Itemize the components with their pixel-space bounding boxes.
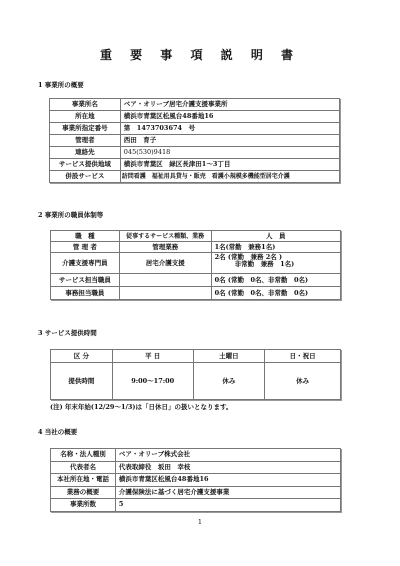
row-label: 業務の概要 (51, 486, 116, 499)
column-header: 人 員 (211, 231, 340, 242)
table-row: サービス担当職員 0名 (常勤 0名、非常勤 0名) (51, 274, 341, 287)
table-row: 所在地横浜市青葉区松風台48番地16 (50, 111, 340, 123)
row-value: 介護保険法に基づく居宅介護支援事業 (115, 486, 340, 499)
staff-cell: 2名 (常勤 兼務 2名 ) 非常勤 兼務 1名) (211, 253, 340, 274)
row-value: 045(530)9418 (120, 147, 339, 159)
staff-line-2: 非常勤 兼務 1名) (215, 261, 337, 268)
column-header: 区 分 (51, 350, 113, 363)
sunday-holiday-hours: 休み (265, 363, 341, 400)
row-label: 管理者 (50, 135, 121, 147)
table-row: 事務担当職員 0名 (常勤 0名、非常勤 0名) (51, 287, 341, 300)
weekday-hours: 9:00～17:00 (112, 363, 193, 400)
section-2-heading: 2 事業所の職員体制等 (38, 210, 103, 219)
row-label: 所在地 (50, 111, 121, 123)
column-header: 職 種 (51, 231, 120, 242)
table-row: 名称・法人種別ベア・オリーブ株式会社 (51, 449, 341, 462)
company-overview-table: 名称・法人種別ベア・オリーブ株式会社 代表者名代表取締役 坂田 幸枝 本社所在地… (50, 448, 341, 512)
row-value: 横浜市青葉区松風台48番地16 (115, 474, 340, 487)
row-label: 併設サービス (50, 171, 121, 183)
table-row: 事業所名ベア・オリーブ居宅介護支援事業所 (50, 99, 340, 111)
table-header-row: 職 種 従事するサービス種類、業務 人 員 (51, 231, 341, 242)
service-cell: 居宅介護支援 (119, 253, 211, 274)
role-cell: 管 理 者 (51, 242, 120, 253)
section-1-heading: 1 事業所の概要 (38, 80, 84, 89)
row-label: サービス提供地域 (50, 159, 121, 171)
row-value: 5 (115, 499, 340, 512)
row-value: 横浜市青葉区松風台48番地16 (120, 111, 339, 123)
role-cell: 介護支援専門員 (51, 253, 120, 274)
role-cell: 事務担当職員 (51, 287, 120, 300)
row-label: 名称・法人種別 (51, 449, 116, 462)
table-row: 提供時間 9:00～17:00 休み 休み (51, 363, 341, 400)
table-row: 連絡先045(530)9418 (50, 147, 340, 159)
column-header: 土曜日 (193, 350, 265, 363)
service-cell (119, 274, 211, 287)
holiday-note: (注) 年末年始(12/29～1/3)は「日休日」の扱いとなります。 (50, 402, 232, 411)
table-row: 管 理 者 管理業務 1名(常勤 兼務1名) (51, 242, 341, 253)
row-value: 西田 育子 (120, 135, 339, 147)
table-row: 業務の概要介護保険法に基づく居宅介護支援事業 (51, 486, 341, 499)
staff-cell: 0名 (常勤 0名、非常勤 0名) (211, 287, 340, 300)
row-label: 代表者名 (51, 461, 116, 474)
saturday-hours: 休み (193, 363, 265, 400)
row-value: 横浜市青葉区 緑区長津田1～3丁目 (120, 159, 339, 171)
table-row: 代表者名代表取締役 坂田 幸枝 (51, 461, 341, 474)
staff-structure-table: 職 種 従事するサービス種類、業務 人 員 管 理 者 管理業務 1名(常勤 兼… (50, 230, 341, 300)
row-value: 訪問看護 福祉用具貸与・販売 看護小規模多機能型居宅介護 (120, 171, 339, 183)
row-label: 本社所在地・電話 (51, 474, 116, 487)
row-label: 事業所名 (50, 99, 121, 111)
row-label: 事業所指定番号 (50, 123, 121, 135)
table-row: 事業所数5 (51, 499, 341, 512)
document-title: 重 要 事 項 説 明 書 (0, 46, 400, 63)
table-row: 管理者西田 育子 (50, 135, 340, 147)
table-row: 本社所在地・電話横浜市青葉区松風台48番地16 (51, 474, 341, 487)
table-row: 事業所指定番号第 1473703674 号 (50, 123, 340, 135)
row-label: 事業所数 (51, 499, 116, 512)
row-label: 連絡先 (50, 147, 121, 159)
section-4-heading: 4 当社の概要 (38, 427, 77, 436)
service-hours-table: 区 分 平 日 土曜日 日・祝日 提供時間 9:00～17:00 休み 休み (50, 349, 341, 400)
hours-label: 提供時間 (51, 363, 113, 400)
service-cell (119, 287, 211, 300)
staff-cell: 0名 (常勤 0名、非常勤 0名) (211, 274, 340, 287)
row-value: ベア・オリーブ株式会社 (115, 449, 340, 462)
office-overview-table: 事業所名ベア・オリーブ居宅介護支援事業所 所在地横浜市青葉区松風台48番地16 … (49, 98, 340, 183)
column-header: 平 日 (112, 350, 193, 363)
page-number: 1 (0, 518, 400, 526)
row-value: 代表取締役 坂田 幸枝 (115, 461, 340, 474)
staff-cell: 1名(常勤 兼務1名) (211, 242, 340, 253)
column-header: 従事するサービス種類、業務 (119, 231, 211, 242)
table-row: サービス提供地域横浜市青葉区 緑区長津田1～3丁目 (50, 159, 340, 171)
column-header: 日・祝日 (265, 350, 341, 363)
row-value: ベア・オリーブ居宅介護支援事業所 (120, 99, 339, 111)
row-value: 第 1473703674 号 (120, 123, 339, 135)
role-cell: サービス担当職員 (51, 274, 120, 287)
service-cell: 管理業務 (119, 242, 211, 253)
section-3-heading: 3 サービス提供時間 (38, 328, 97, 337)
table-row: 併設サービス訪問看護 福祉用具貸与・販売 看護小規模多機能型居宅介護 (50, 171, 340, 183)
table-row: 介護支援専門員 居宅介護支援 2名 (常勤 兼務 2名 ) 非常勤 兼務 1名) (51, 253, 341, 274)
table-header-row: 区 分 平 日 土曜日 日・祝日 (51, 350, 341, 363)
